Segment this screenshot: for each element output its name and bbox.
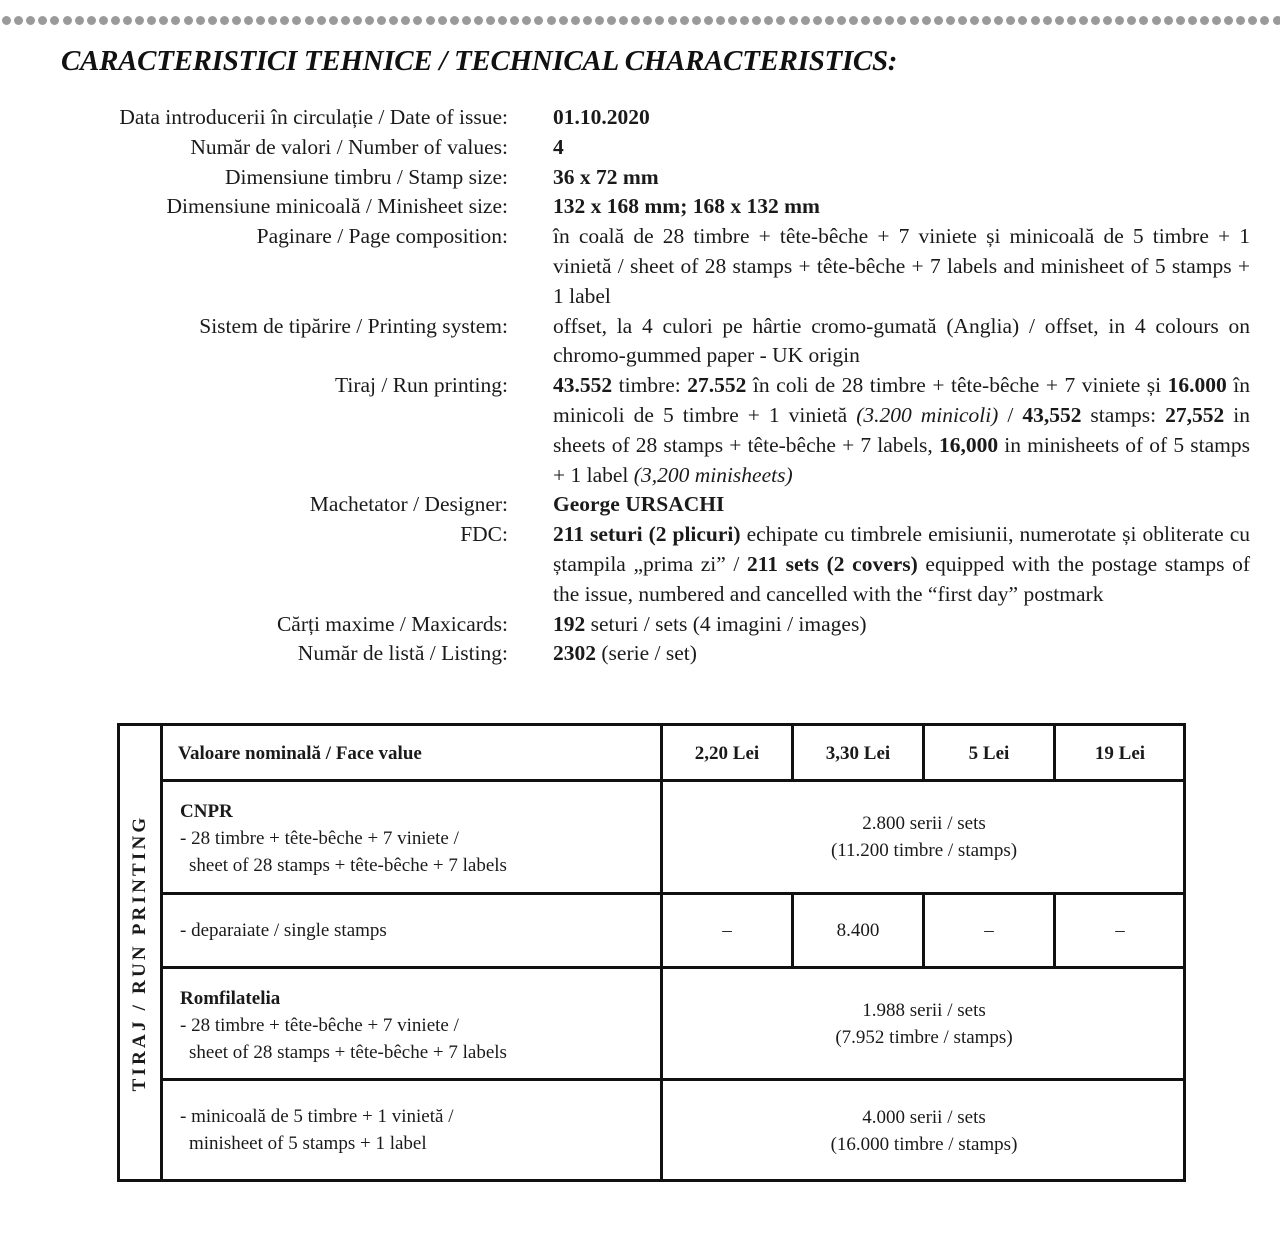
- divider-dot: [534, 16, 543, 25]
- divider-dot: [994, 16, 1003, 25]
- minisheet-quantity: 4.000 serii / sets (16.000 timbre / stam…: [663, 1081, 1185, 1181]
- divider-dot: [232, 16, 241, 25]
- divider-dot: [1115, 16, 1124, 25]
- divider-dot: [1043, 16, 1052, 25]
- spec-value: 36 x 72 mm: [553, 163, 1250, 193]
- divider-dot: [1018, 16, 1027, 25]
- spec-label: Sistem de tipărire / Printing system:: [199, 312, 508, 342]
- divider-dot: [38, 16, 47, 25]
- divider-dot: [837, 16, 846, 25]
- romfilatelia-quantity: 1.988 serii / sets (7.952 timbre / stamp…: [663, 969, 1185, 1078]
- divider-dot: [365, 16, 374, 25]
- single-stamps-value: –: [1056, 895, 1184, 966]
- spec-label: Tiraj / Run printing:: [335, 371, 508, 401]
- table-row-minisheet: - minicoală de 5 timbre + 1 vinietă / mi…: [180, 1103, 453, 1157]
- divider-dot: [1031, 16, 1040, 25]
- spec-value: 43.552 timbre: 27.552 în coli de 28 timb…: [553, 371, 1250, 490]
- divider-dot: [643, 16, 652, 25]
- divider-dot: [764, 16, 773, 25]
- divider-dot: [389, 16, 398, 25]
- spec-label: Număr de listă / Listing:: [298, 639, 508, 669]
- divider-dot: [305, 16, 314, 25]
- divider-dot: [292, 16, 301, 25]
- divider-dot: [970, 16, 979, 25]
- table-side-label: TIRAJ / RUN PRINTING: [118, 724, 162, 1181]
- spec-row: Dimensiune minicoală / Minisheet size:13…: [0, 192, 1280, 222]
- divider-dot: [413, 16, 422, 25]
- divider-dot: [934, 16, 943, 25]
- table-divider: [160, 724, 163, 1181]
- single-stamps-value: 8.400: [794, 895, 922, 966]
- divider-dot: [159, 16, 168, 25]
- divider-dot: [1127, 16, 1136, 25]
- spec-label: Cărți maxime / Maxicards:: [277, 610, 508, 640]
- divider-dot: [1212, 16, 1221, 25]
- specs-list: Data introducerii în circulație / Date o…: [0, 103, 1280, 669]
- spec-value: în coală de 28 timbre + tête-bêche + 7 v…: [553, 222, 1250, 311]
- divider-dot: [522, 16, 531, 25]
- spec-value: 192 seturi / sets (4 imagini / images): [553, 610, 1250, 640]
- divider-dot: [619, 16, 628, 25]
- divider-dot: [510, 16, 519, 25]
- divider-dot: [99, 16, 108, 25]
- divider-dot: [668, 16, 677, 25]
- divider-dot: [196, 16, 205, 25]
- table-header-label: Valoare nominală / Face value: [178, 740, 422, 767]
- divider-dot: [873, 16, 882, 25]
- single-stamps-value: –: [925, 895, 1053, 966]
- divider-dot: [171, 16, 180, 25]
- spec-value: 211 seturi (2 plicuri) echipate cu timbr…: [553, 520, 1250, 609]
- divider-dot: [353, 16, 362, 25]
- spec-value: 01.10.2020: [553, 103, 1250, 133]
- divider-dot: [1139, 16, 1148, 25]
- divider-dot: [740, 16, 749, 25]
- spec-row: FDC:211 seturi (2 plicuri) echipate cu t…: [0, 520, 1280, 609]
- divider-dot: [1200, 16, 1209, 25]
- spec-label: FDC:: [460, 520, 508, 550]
- divider-dot: [1273, 16, 1280, 25]
- divider-dot: [426, 16, 435, 25]
- divider-dot: [946, 16, 955, 25]
- spec-row: Cărți maxime / Maxicards:192 seturi / se…: [0, 610, 1280, 640]
- divider-dot: [244, 16, 253, 25]
- spec-row: Tiraj / Run printing:43.552 timbre: 27.5…: [0, 371, 1280, 490]
- spec-row: Sistem de tipărire / Printing system:off…: [0, 312, 1280, 372]
- spec-value: George URSACHI: [553, 490, 1250, 520]
- divider-dot: [329, 16, 338, 25]
- spec-row: Machetator / Designer:George URSACHI: [0, 490, 1280, 520]
- divider-dot: [885, 16, 894, 25]
- divider-dot: [256, 16, 265, 25]
- divider-dot: [26, 16, 35, 25]
- divider-dot: [861, 16, 870, 25]
- divider-dot: [1188, 16, 1197, 25]
- divider-dot: [208, 16, 217, 25]
- page-title: CARACTERISTICI TEHNICE / TECHNICAL CHARA…: [61, 45, 897, 78]
- divider-dot: [498, 16, 507, 25]
- face-value-header: 5 Lei: [925, 727, 1053, 779]
- divider-dot: [1103, 16, 1112, 25]
- divider-dot: [1079, 16, 1088, 25]
- spec-value: 4: [553, 133, 1250, 163]
- divider-dot: [50, 16, 59, 25]
- divider-dot: [1176, 16, 1185, 25]
- face-value-header: 3,30 Lei: [794, 727, 922, 779]
- divider-dot: [474, 16, 483, 25]
- spec-row: Data introducerii în circulație / Date o…: [0, 103, 1280, 133]
- spec-row: Dimensiune timbru / Stamp size:36 x 72 m…: [0, 163, 1280, 193]
- divider-dot: [704, 16, 713, 25]
- divider-dot: [910, 16, 919, 25]
- spec-label: Dimensiune timbru / Stamp size:: [225, 163, 508, 193]
- table-row-romfilatelia: Romfilatelia - 28 timbre + tête-bêche + …: [180, 985, 507, 1066]
- divider-dot: [958, 16, 967, 25]
- divider-dot: [377, 16, 386, 25]
- divider-dot: [486, 16, 495, 25]
- divider-dot: [571, 16, 580, 25]
- spec-label: Număr de valori / Number of values:: [190, 133, 508, 163]
- divider-dot: [135, 16, 144, 25]
- divider-dot: [438, 16, 447, 25]
- divider-dot: [922, 16, 931, 25]
- table-row-cnpr: CNPR - 28 timbre + tête-bêche + 7 viniet…: [180, 798, 507, 879]
- divider-dot: [87, 16, 96, 25]
- divider-dot: [317, 16, 326, 25]
- divider-dot: [607, 16, 616, 25]
- divider-dot: [547, 16, 556, 25]
- divider-dot: [63, 16, 72, 25]
- spec-value: 132 x 168 mm; 168 x 132 mm: [553, 192, 1250, 222]
- divider-dot: [680, 16, 689, 25]
- divider-dot: [1248, 16, 1257, 25]
- divider-dot: [559, 16, 568, 25]
- divider-dot: [280, 16, 289, 25]
- divider-dot: [752, 16, 761, 25]
- divider-dot: [401, 16, 410, 25]
- divider-dot: [813, 16, 822, 25]
- spec-label: Machetator / Designer:: [310, 490, 508, 520]
- divider-dot: [631, 16, 640, 25]
- spec-label: Data introducerii în circulație / Date o…: [119, 103, 508, 133]
- divider-dot: [220, 16, 229, 25]
- divider-dot: [1236, 16, 1245, 25]
- divider-dot: [1067, 16, 1076, 25]
- divider-dot: [1152, 16, 1161, 25]
- divider-dot: [184, 16, 193, 25]
- divider-dot: [1091, 16, 1100, 25]
- divider-dot: [1164, 16, 1173, 25]
- table-row-single-stamps: - deparaiate / single stamps: [180, 917, 387, 944]
- dotted-divider: [0, 16, 1280, 26]
- divider-dot: [776, 16, 785, 25]
- divider-dot: [692, 16, 701, 25]
- divider-dot: [462, 16, 471, 25]
- divider-dot: [147, 16, 156, 25]
- divider-dot: [75, 16, 84, 25]
- face-value-header: 2,20 Lei: [663, 727, 791, 779]
- divider-dot: [111, 16, 120, 25]
- divider-dot: [801, 16, 810, 25]
- divider-dot: [1055, 16, 1064, 25]
- divider-dot: [982, 16, 991, 25]
- divider-dot: [728, 16, 737, 25]
- spec-row: Paginare / Page composition:în coală de …: [0, 222, 1280, 311]
- single-stamps-value: –: [663, 895, 791, 966]
- spec-label: Dimensiune minicoală / Minisheet size:: [166, 192, 508, 222]
- divider-dot: [897, 16, 906, 25]
- divider-dot: [825, 16, 834, 25]
- divider-dot: [123, 16, 132, 25]
- spec-value: 2302 (serie / set): [553, 639, 1250, 669]
- divider-dot: [1260, 16, 1269, 25]
- cnpr-quantity: 2.800 serii / sets (11.200 timbre / stam…: [663, 782, 1185, 892]
- divider-dot: [341, 16, 350, 25]
- divider-dot: [14, 16, 23, 25]
- divider-dot: [595, 16, 604, 25]
- divider-dot: [849, 16, 858, 25]
- divider-dot: [268, 16, 277, 25]
- divider-dot: [1006, 16, 1015, 25]
- divider-dot: [655, 16, 664, 25]
- divider-dot: [789, 16, 798, 25]
- divider-dot: [583, 16, 592, 25]
- spec-row: Număr de listă / Listing:2302 (serie / s…: [0, 639, 1280, 669]
- divider-dot: [2, 16, 11, 25]
- face-value-header: 19 Lei: [1056, 727, 1184, 779]
- divider-dot: [1224, 16, 1233, 25]
- spec-row: Număr de valori / Number of values:4: [0, 133, 1280, 163]
- spec-value: offset, la 4 culori pe hârtie cromo-guma…: [553, 312, 1250, 372]
- divider-dot: [450, 16, 459, 25]
- divider-dot: [716, 16, 725, 25]
- spec-label: Paginare / Page composition:: [257, 222, 508, 252]
